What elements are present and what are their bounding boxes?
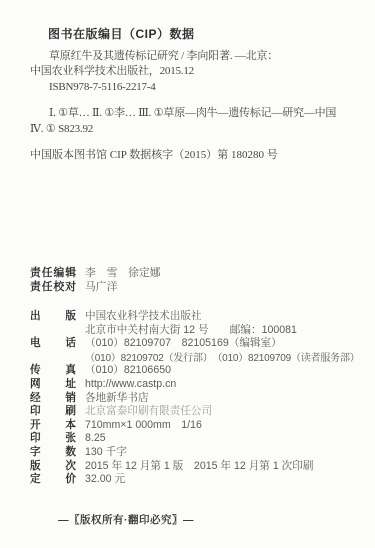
pub-row-address: 北京市中关村南大街 12 号 邮编：100081 [30,322,360,336]
cip-block: 图书在版编目（CIP）数据 草原红牛及其遗传标记研究 / 李向阳著. —北京： … [30,27,357,164]
cip-book-title-line: 草原红牛及其遗传标记研究 / 李向阳著. —北京： [30,49,357,65]
staff-value: 马广洋 [85,280,117,294]
pub-value: http://www.castp.cn [85,378,176,390]
cip-publisher-line: 中国农业科学技术出版社，2015.12 [30,64,357,80]
cip-title: 图书在版编目（CIP）数据 [48,27,357,43]
cip-classification-line-2: Ⅳ. ① S823.92 [30,122,357,138]
pub-value: （010）82106650 [85,362,171,377]
cip-classification-line-1: Ⅰ. ①草… Ⅱ. ①李… Ⅲ. ①草原—肉牛—遗传标记—研究—中国 [30,106,357,122]
pub-row-price: 定价 32.00 元 [30,471,360,485]
publication-info-block: 出版 中国农业科学技术出版社 北京市中关村南大街 12 号 邮编：100081 … [30,308,360,485]
pub-value: 710mm×1 000mm 1/16 [85,417,202,432]
pub-row-phone-1: 电话 （010）82109707 82105169（编辑室） [30,335,360,349]
cip-record-number: 中国版本图书馆 CIP 数据核字（2015）第 180280 号 [30,148,357,164]
pub-value: 8.25 [85,432,106,444]
staff-row-proofreader: 责任校对 马广洋 [30,280,161,294]
copyright-page: 图书在版编目（CIP）数据 草原红牛及其遗传标记研究 / 李向阳著. —北京： … [0,0,375,548]
staff-block: 责任编辑 李 雪 徐定娜 责任校对 马广洋 [30,266,161,294]
staff-label: 责任校对 [30,280,76,294]
pub-row-publisher: 出版 中国农业科学技术出版社 [30,308,360,322]
pub-row-distribution: 经销 各地新华书店 [30,390,360,404]
copyright-notice: —〖版权所有·翻印必究〗— [58,512,194,527]
cip-isbn-line: ISBN978-7-5116-2217-4 [30,80,357,96]
pub-row-fax: 传真 （010）82106650 [30,362,360,376]
pub-label: 定价 [30,471,76,486]
pub-row-format: 开本 710mm×1 000mm 1/16 [30,417,360,431]
pub-label: 电话 [30,335,76,350]
pub-row-website: 网址 http://www.castp.cn [30,376,360,390]
pub-value: 32.00 元 [85,471,125,486]
pub-row-phone-2: （010）82109702（发行部） （010）82109709（读者服务部） [30,349,360,363]
pub-row-edition: 版次 2015 年 12 月第 1 版 2015 年 12 月第 1 次印刷 [30,458,360,472]
staff-value: 李 雪 徐定娜 [85,266,161,280]
pub-row-printer: 印刷 北京富泰印刷有限责任公司 [30,403,360,417]
pub-row-wordcount: 字数 130 千字 [30,444,360,458]
pub-label: 出版 [30,308,76,323]
staff-row-editor: 责任编辑 李 雪 徐定娜 [30,266,161,280]
pub-row-sheets: 印张 8.25 [30,430,360,444]
staff-label: 责任编辑 [30,266,76,280]
